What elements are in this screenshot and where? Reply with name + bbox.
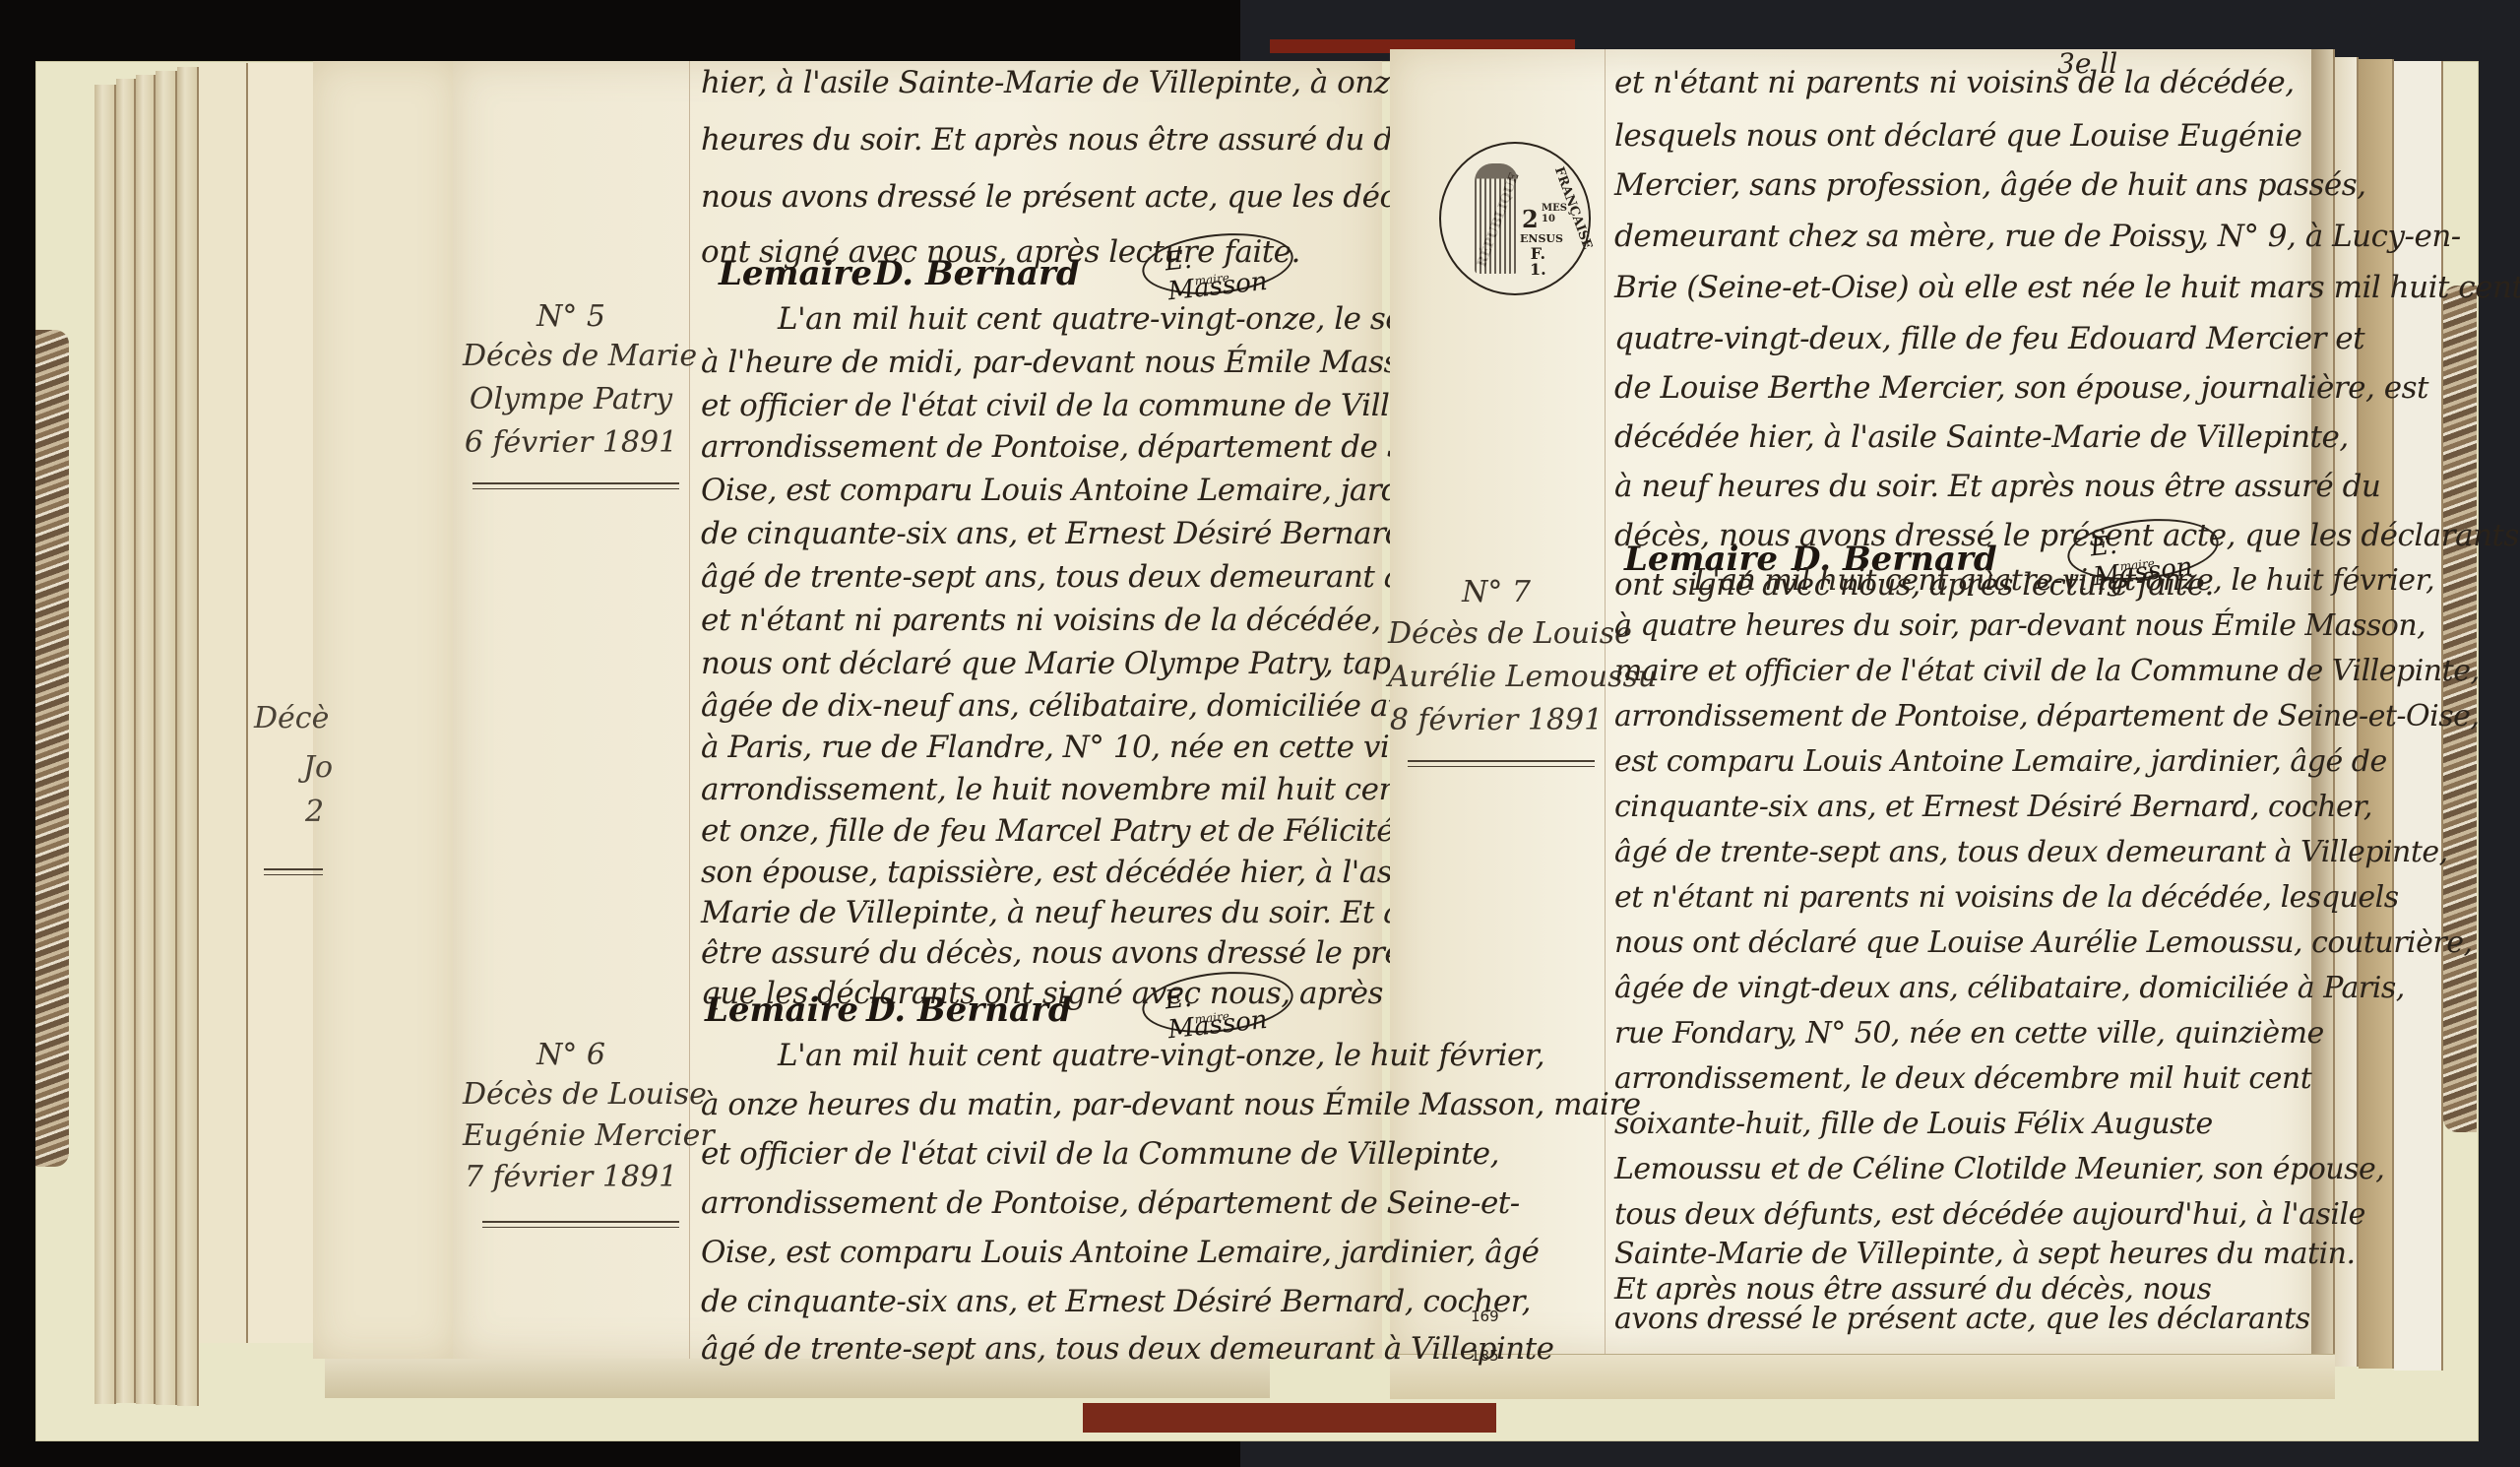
marianne-figure-icon [1475,163,1518,274]
page-edge [94,85,116,1404]
text-line: nous avons dressé le présent acte, que l… [701,179,1501,215]
text-line: Lemoussu et de Céline Clotilde Meunier, … [1614,1152,2384,1186]
signature-lemaire: Lemaire [719,254,872,293]
margin-double-rule [264,868,323,875]
text-line: de cinquante-six ans, et Ernest Désiré B… [701,1284,1531,1319]
entry-title: Décès de Marie [463,339,679,373]
text-line: lesquels nous ont déclaré que Louise Eug… [1614,118,2302,154]
text-line: arrondissement de Pontoise, département … [701,1185,1520,1221]
entry-title: Décès de Louise [1388,616,1605,651]
entry-date: 6 février 1891 [463,425,679,460]
text-line: et officier de l'état civil de la Commun… [701,1136,1499,1172]
text-line: âgé de trente-sept ans, tous deux demeur… [701,1331,1554,1367]
text-line: âgée de vingt-deux ans, célibataire, dom… [1614,971,2405,1005]
text-line: nous ont déclaré que Louise Aurélie Lemo… [1614,925,2473,960]
text-line: cinquante-six ans, et Ernest Désiré Bern… [1614,790,2372,824]
folio-number-upper: 169 [1471,1308,1499,1325]
text-line: rue Fondary, N° 50, née en cette ville, … [1614,1016,2324,1051]
entry-date: 7 février 1891 [463,1160,679,1194]
text-line: demeurant chez sa mère, rue de Poissy, N… [1614,219,2461,254]
text-line: maire et officier de l'état civil de la … [1614,654,2479,688]
entry-number: N° 5 [463,299,679,334]
signature-bernard: D. Bernard [866,990,1072,1030]
text-line: à onze heures du matin, par-devant nous … [701,1087,1641,1122]
text-line: est comparu Louis Antoine Lemaire, jardi… [1614,744,2387,779]
text-line: décédée hier, à l'asile Sainte-Marie de … [1614,419,2349,455]
stamp-fraction: MES10 [1542,203,1567,224]
margin-double-rule [482,1221,679,1228]
text-line: Oise, est comparu Louis Antoine Lemaire,… [701,1235,1539,1270]
page-edge [177,67,199,1406]
entry-number: N° 7 [1388,575,1605,609]
text-line: de Louise Berthe Mercier, son épouse, jo… [1614,370,2428,406]
fragment-line: 2 [305,795,324,829]
signature-bernard: D. Bernard [874,254,1080,293]
text-line: et onze, fille de feu Marcel Patry et de… [701,813,1505,849]
text-line: âgé de trente-sept ans, tous deux demeur… [1614,835,2448,869]
text-line: L'an mil huit cent quatre-vingt-onze, le… [1693,563,2434,598]
text-line: avons dressé le présent acte, que les dé… [1614,1302,2310,1336]
margin-double-rule [472,482,679,489]
text-line: à neuf heures du soir. Et après nous êtr… [1614,469,2380,504]
entry-date: 8 février 1891 [1388,703,1605,737]
text-line: Mercier, sans profession, âgée de huit a… [1614,167,2366,203]
text-line: et officier de l'état civil de la commun… [701,388,1493,423]
margin-rule [1605,49,1606,1354]
text-line: Sainte-Marie de Villepinte, à sept heure… [1614,1237,2356,1271]
text-line: et n'étant ni parents ni voisins de la d… [1614,880,2399,915]
marbled-endpaper-left [35,330,69,1167]
page-edge [136,75,156,1404]
tax-stamp: RÉPUBLIQUE FRANÇAISE 2 MES10 ENSUS F.1. [1439,142,1591,295]
text-line: arrondissement de Pontoise, département … [1614,699,2479,733]
text-line: et n'étant ni parents ni voisins de la d… [1614,65,2295,100]
previous-page-fragment: Décè Jo 2 [313,61,460,1359]
text-line: L'an mil huit cent quatre-vingt-onze, le… [778,1038,1544,1073]
fragment-line: Décè [254,701,329,735]
text-line: nous ont déclaré que Marie Olympe Patry,… [701,646,1498,681]
folio-number-lower: 185 [1471,1347,1499,1365]
text-line: heures du soir. Et après nous être assur… [701,122,1469,158]
margin-rule [689,61,690,1359]
stamp-series: F.1. [1530,246,1546,278]
text-line: quatre-vingt-deux, fille de feu Edouard … [1614,321,2364,356]
page-edge [156,71,177,1405]
text-line: tous deux défunts, est décédée aujourd'h… [1614,1197,2365,1232]
fragment-line: Jo [303,750,333,785]
text-line: arrondissement, le deux décembre mil hui… [1614,1061,2311,1096]
signature-lemaire: Lemaire [705,990,858,1030]
text-line: hier, à l'asile Sainte-Marie de Villepin… [701,65,1407,100]
entry-title: Aurélie Lemoussu [1388,660,1605,694]
margin-double-rule [1408,760,1595,767]
entry-title: Eugénie Mercier [463,1118,679,1153]
text-line: à quatre heures du soir, par-devant nous… [1614,608,2425,643]
text-line: Brie (Seine-et-Oise) où elle est née le … [1614,270,2520,305]
entry-title: Décès de Louise [463,1077,679,1112]
spine-red-edge-bottom [1083,1403,1496,1433]
text-line: soixante-huit, fille de Louis Félix Augu… [1614,1107,2213,1141]
entry-title: Olympe Patry [463,382,679,416]
stamp-value: 2 [1522,205,1539,233]
entry-number: N° 6 [463,1038,679,1072]
page-edge [116,79,136,1403]
page-edge [199,63,248,1343]
